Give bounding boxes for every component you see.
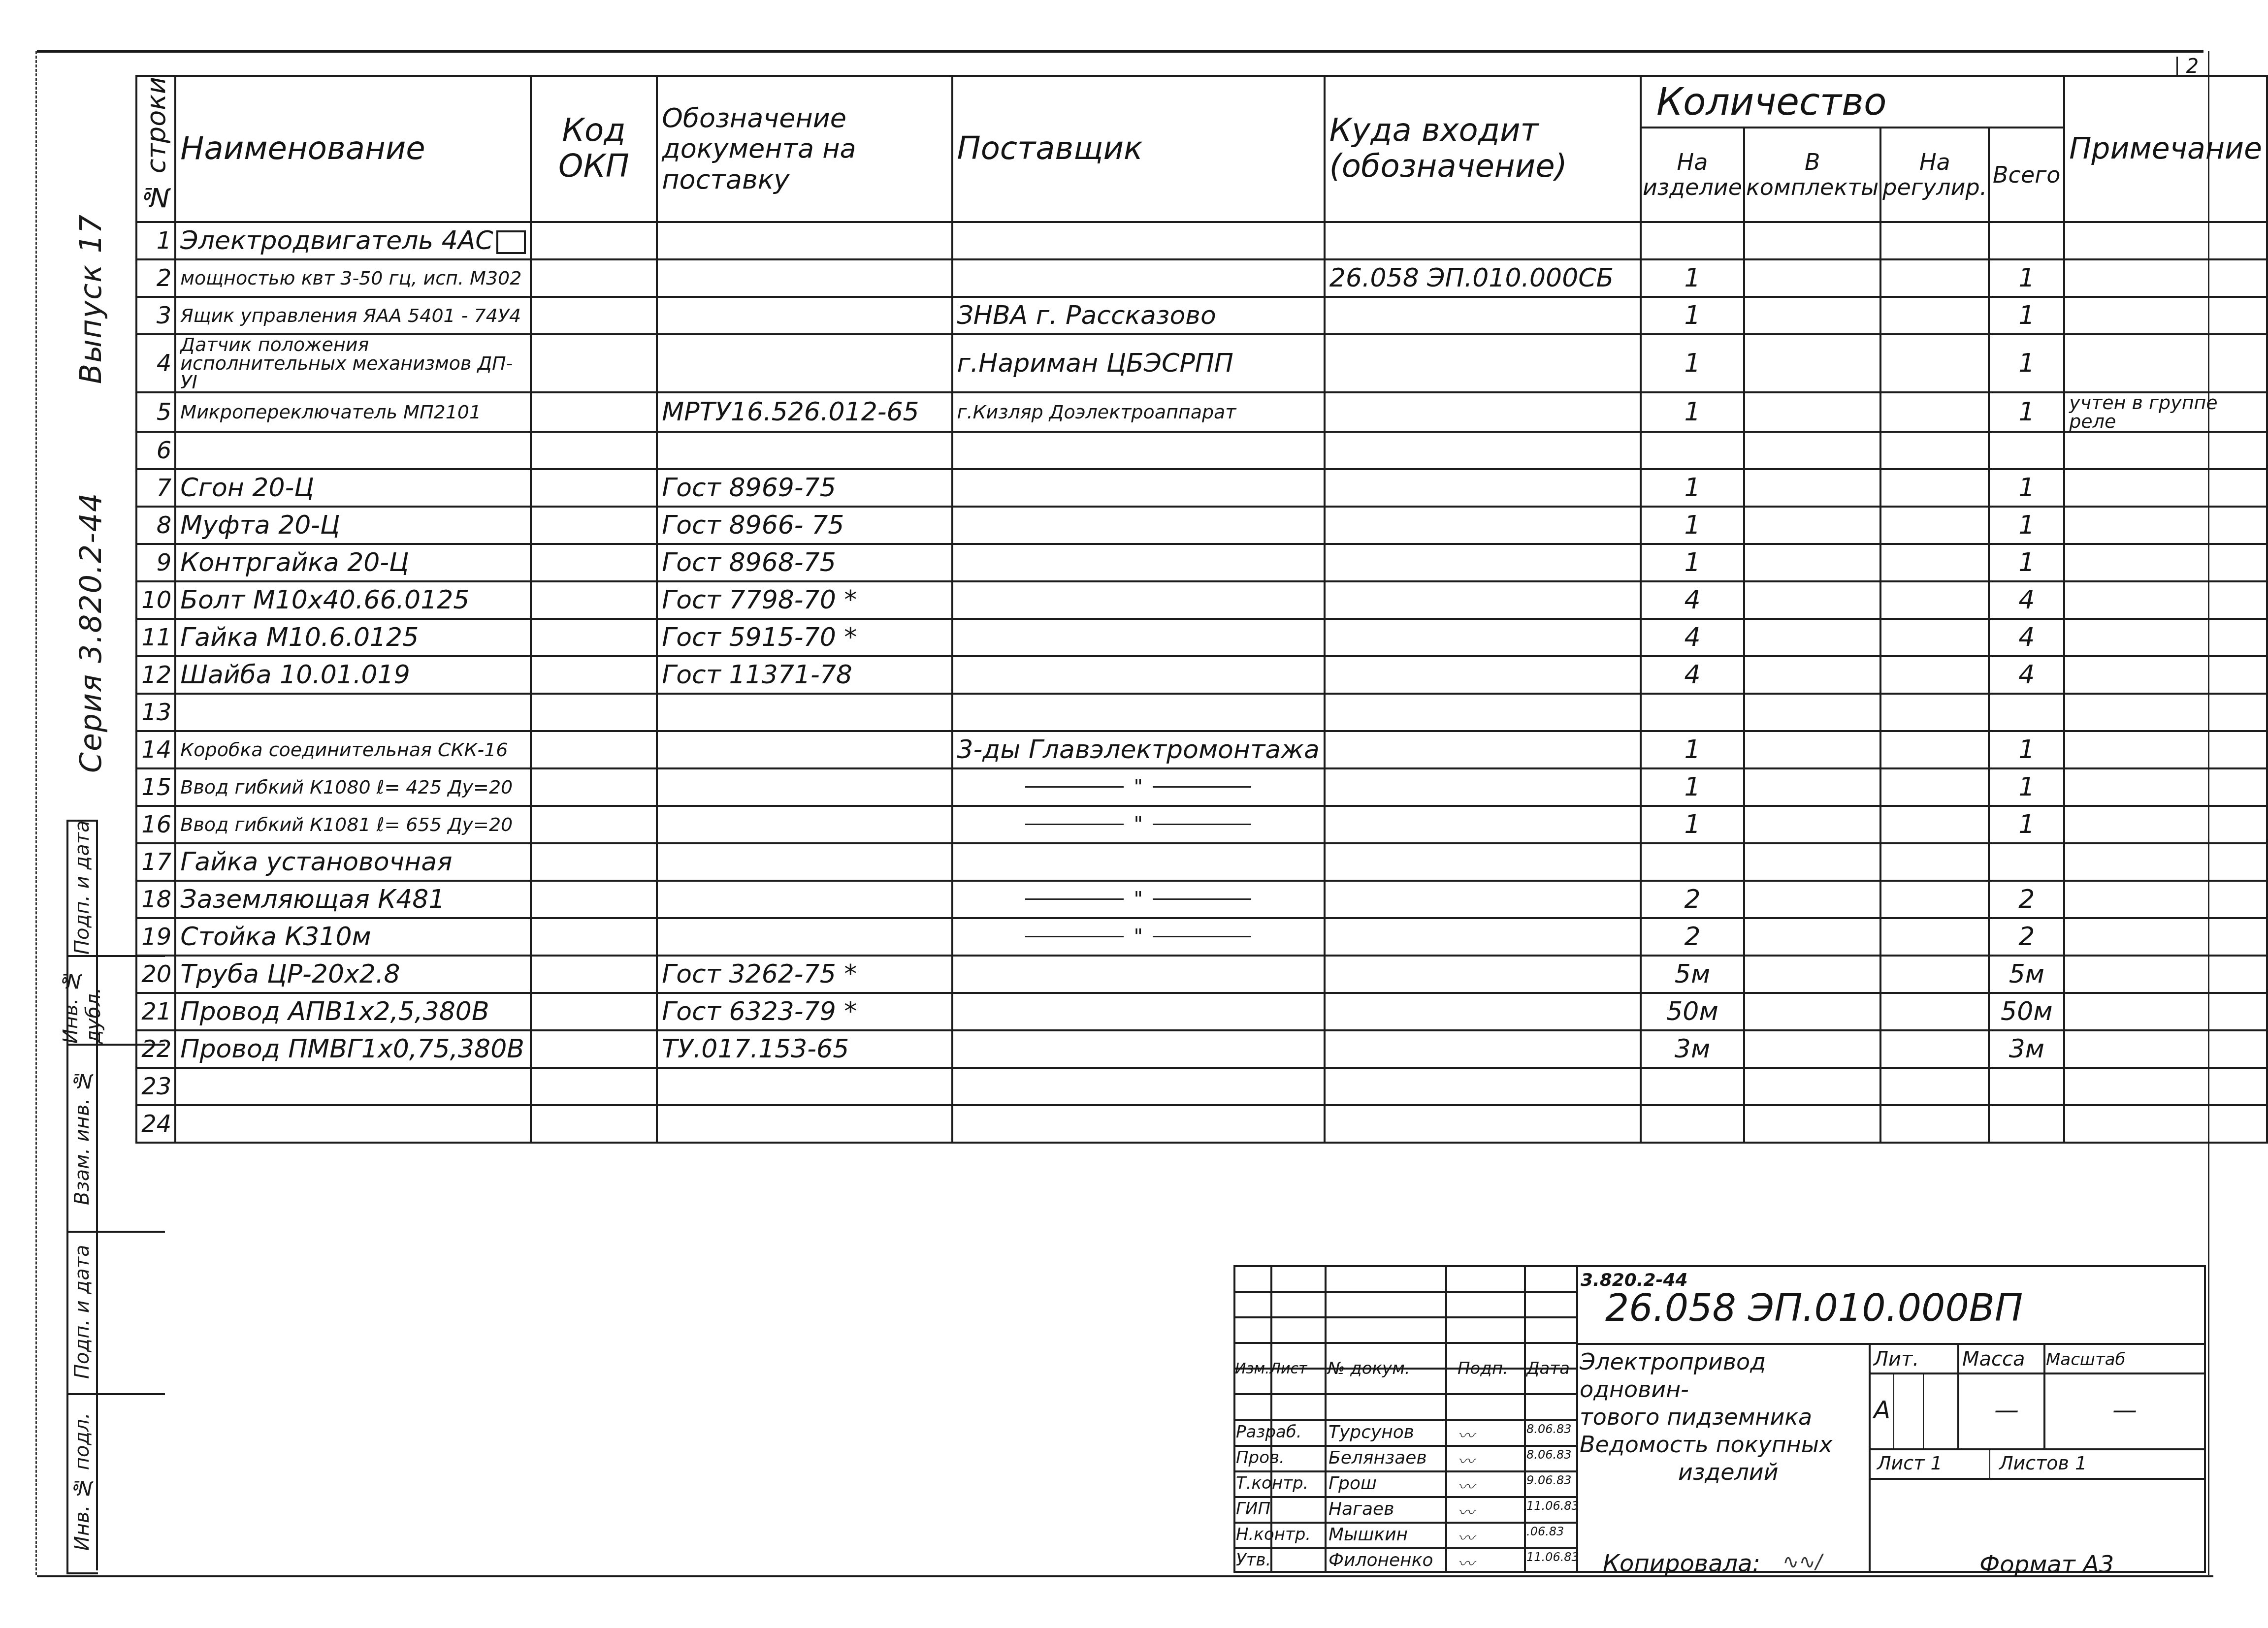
qty-per-item: 1 [1641, 334, 1744, 392]
qty-per-item: 1 [1641, 392, 1744, 432]
qty-total: 1 [1989, 334, 2064, 392]
supplier [952, 1105, 1325, 1143]
qty-adjust [1880, 544, 1989, 581]
supply-document [657, 918, 952, 956]
qty-total [1989, 843, 2064, 881]
where-used [1325, 843, 1641, 881]
item-name: Контргайка 20-Ц [175, 544, 530, 581]
supplier [952, 222, 1325, 259]
qty-adjust [1880, 1105, 1989, 1143]
qty-sets [1744, 259, 1880, 297]
qty-adjust [1880, 581, 1989, 619]
sign-role: Н.контр. [1236, 1525, 1311, 1544]
stamp-inv-no: Инв. № подл. [68, 1393, 96, 1570]
okp-code [531, 432, 657, 469]
qty-sets [1744, 1068, 1880, 1105]
qty-adjust [1880, 432, 1989, 469]
qty-total: 4 [1989, 656, 2064, 694]
row-number: 8 [136, 507, 175, 544]
table-row: 20Труба ЦР-20х2.8Гост 3262-75 *5м5м [136, 956, 2267, 993]
stamp-sign-date: Инв. № дубл. [68, 955, 96, 1044]
okp-code [531, 1068, 657, 1105]
margin-issue-label: Выпуск 17 [74, 177, 108, 384]
grid-line [1233, 1393, 1578, 1395]
supply-document: Гост 3262-75 * [657, 956, 952, 993]
qty-sets [1744, 334, 1880, 392]
where-used [1325, 581, 1641, 619]
qty-per-item [1641, 432, 1744, 469]
item-name: Микропереключатель МП2101 [175, 392, 530, 432]
item-name: Провод АПВ1х2,5,380В [175, 993, 530, 1030]
qty-adjust [1880, 843, 1989, 881]
handwritten-signature: 〰 [1458, 1422, 1474, 1446]
supplier [952, 507, 1325, 544]
supplier: " [952, 806, 1325, 843]
okp-code [531, 259, 657, 297]
header-okp-code: Код ОКП [531, 76, 657, 222]
header-qty-sets: В комплекты [1744, 128, 1880, 222]
grid-line [1869, 1448, 2206, 1450]
qty-per-item: 1 [1641, 544, 1744, 581]
qty-per-item [1641, 694, 1744, 731]
qty-adjust [1880, 469, 1989, 507]
table-row: 9Контргайка 20-ЦГост 8968-7511 [136, 544, 2267, 581]
note [2064, 694, 2267, 731]
grid-line [1957, 1343, 1959, 1448]
okp-code [531, 918, 657, 956]
qty-per-item: 1 [1641, 507, 1744, 544]
table-row: 14Коробка соединительная СКК-163-ды Глав… [136, 731, 2267, 768]
qty-sets [1744, 1030, 1880, 1068]
qty-total: 2 [1989, 881, 2064, 918]
item-name: Ввод гибкий К1080 ℓ= 425 Ду=20 [175, 768, 530, 806]
note [2064, 768, 2267, 806]
qty-total [1989, 694, 2064, 731]
supply-document: Гост 11371-78 [657, 656, 952, 694]
table-row: 2мощностью квт 3-50 гц, исп. М30226.058 … [136, 259, 2267, 297]
item-name: Заземляющая К481 [175, 881, 530, 918]
item-name: Коробка соединительная СКК-16 [175, 731, 530, 768]
where-used [1325, 993, 1641, 1030]
sign-name: Мышкин [1328, 1525, 1408, 1545]
qty-per-item: 1 [1641, 259, 1744, 297]
qty-per-item: 1 [1641, 297, 1744, 334]
row-number: 13 [136, 694, 175, 731]
sign-role: Разраб. [1236, 1422, 1302, 1442]
qty-per-item [1641, 1068, 1744, 1105]
blank-box-icon [496, 230, 526, 254]
handwritten-signature: 〰 [1458, 1473, 1474, 1498]
ditto-mark: " [957, 776, 1320, 798]
where-used [1325, 1030, 1641, 1068]
supplier: " [952, 918, 1325, 956]
where-used [1325, 469, 1641, 507]
supply-document [657, 843, 952, 881]
grid-line [1233, 1547, 1578, 1549]
header-document: Обозначение документа на поставку [657, 76, 952, 222]
format-label: Формат А3 [1979, 1551, 2114, 1578]
supply-document [657, 1105, 952, 1143]
where-used [1325, 956, 1641, 993]
qty-total: 5м [1989, 956, 2064, 993]
document-designation: 26.058 ЭП.010.000ВП [1605, 1286, 2023, 1330]
supplier [952, 544, 1325, 581]
supplier [952, 469, 1325, 507]
item-name: Ввод гибкий К1081 ℓ= 655 Ду=20 [175, 806, 530, 843]
note [2064, 619, 2267, 656]
qty-per-item: 2 [1641, 881, 1744, 918]
row-number: 23 [136, 1068, 175, 1105]
supply-document: Гост 6323-79 * [657, 993, 952, 1030]
copier-signature: ∿∿/ [1782, 1551, 1822, 1573]
grid-line [1233, 1522, 1578, 1524]
header-where-used: Куда входит (обозначение) [1325, 76, 1641, 222]
ditto-mark: " [957, 888, 1320, 911]
qty-total: 1 [1989, 507, 2064, 544]
where-used [1325, 731, 1641, 768]
item-name: Гайка М10.6.0125 [175, 619, 530, 656]
okp-code [531, 881, 657, 918]
scale-label: Масштаб [2046, 1350, 2126, 1370]
sign-date: 11.06.83 [1526, 1550, 1579, 1564]
supplier [952, 581, 1325, 619]
qty-adjust [1880, 993, 1989, 1030]
row-number: 14 [136, 731, 175, 768]
row-number: 6 [136, 432, 175, 469]
header-quantity-group: Количество [1641, 76, 2064, 128]
qty-adjust [1880, 259, 1989, 297]
item-name: Ящик управления ЯАА 5401 - 74У4 [175, 297, 530, 334]
supply-document [657, 731, 952, 768]
mass-value: — [1994, 1396, 2019, 1424]
okp-code [531, 469, 657, 507]
handwritten-signature: 〰 [1458, 1499, 1474, 1523]
okp-code [531, 581, 657, 619]
qty-adjust [1880, 918, 1989, 956]
row-number: 2 [136, 259, 175, 297]
supplier: г.Нариман ЦБЭСРПП [952, 334, 1325, 392]
qty-sets [1744, 619, 1880, 656]
note [2064, 881, 2267, 918]
qty-total: 1 [1989, 544, 2064, 581]
qty-total: 1 [1989, 259, 2064, 297]
row-number: 9 [136, 544, 175, 581]
okp-code [531, 694, 657, 731]
col-change: Изм.Лист [1235, 1360, 1307, 1377]
row-number: 12 [136, 656, 175, 694]
grid-line [1869, 1343, 1871, 1573]
okp-code [531, 656, 657, 694]
where-used [1325, 881, 1641, 918]
header-supplier: Поставщик [952, 76, 1325, 222]
supply-document [657, 222, 952, 259]
qty-sets [1744, 1105, 1880, 1143]
header-qty-per-item: На изделие [1641, 128, 1744, 222]
qty-total [1989, 432, 2064, 469]
qty-sets [1744, 581, 1880, 619]
supplier [952, 694, 1325, 731]
qty-per-item: 50м [1641, 993, 1744, 1030]
lit-value: А [1874, 1396, 1890, 1424]
header-qty-adjust: На регулир. [1880, 128, 1989, 222]
qty-per-item: 3м [1641, 1030, 1744, 1068]
sign-name: Белянзаев [1328, 1448, 1427, 1468]
qty-sets [1744, 843, 1880, 881]
qty-sets [1744, 806, 1880, 843]
col-doc-no: № докум. [1328, 1359, 1410, 1378]
grid-line [1576, 1343, 2206, 1345]
sign-name: Нагаев [1328, 1499, 1394, 1519]
col-signature: Подп. [1458, 1359, 1508, 1378]
document-title: Электропривод одновин- тового пидземника… [1580, 1348, 1865, 1486]
row-number: 1 [136, 222, 175, 259]
note [2064, 1105, 2267, 1143]
item-name: Шайба 10.01.019 [175, 656, 530, 694]
where-used [1325, 806, 1641, 843]
row-number: 5 [136, 392, 175, 432]
supply-document [657, 806, 952, 843]
table-row: 4Датчик положения исполнительных механиз… [136, 334, 2267, 392]
margin-stamp-divider [96, 820, 98, 1570]
okp-code [531, 956, 657, 993]
table-row: 21Провод АПВ1х2,5,380ВГост 6323-79 *50м5… [136, 993, 2267, 1030]
scale-value: — [2112, 1396, 2137, 1424]
okp-code [531, 619, 657, 656]
header-row-no: № строки [136, 76, 175, 222]
qty-per-item: 4 [1641, 581, 1744, 619]
row-number: 16 [136, 806, 175, 843]
supply-document: МРТУ16.526.012-65 [657, 392, 952, 432]
row-number: 15 [136, 768, 175, 806]
item-name: Муфта 20-Ц [175, 507, 530, 544]
note [2064, 297, 2267, 334]
qty-adjust [1880, 881, 1989, 918]
where-used [1325, 334, 1641, 392]
note [2064, 993, 2267, 1030]
okp-code [531, 297, 657, 334]
row-number: 11 [136, 619, 175, 656]
table-row: 3Ящик управления ЯАА 5401 - 74У4ЗНВА г. … [136, 297, 2267, 334]
supply-document: Гост 8969-75 [657, 469, 952, 507]
mass-label: Масса [1962, 1348, 2025, 1371]
qty-adjust [1880, 694, 1989, 731]
grid-line [1989, 1448, 1990, 1478]
supply-document [657, 768, 952, 806]
sign-date: .06.83 [1526, 1525, 1564, 1538]
supplier [952, 956, 1325, 993]
note [2064, 507, 2267, 544]
handwritten-signature: 〰 [1458, 1525, 1474, 1549]
note [2064, 731, 2267, 768]
grid-line [1869, 1478, 2206, 1480]
where-used [1325, 619, 1641, 656]
qty-total: 50м [1989, 993, 2064, 1030]
item-name [175, 1105, 530, 1143]
supplier [952, 432, 1325, 469]
qty-sets [1744, 731, 1880, 768]
supply-document: Гост 8966- 75 [657, 507, 952, 544]
grid-line [1923, 1373, 1924, 1448]
supplier [952, 619, 1325, 656]
sign-role: Т.контр. [1236, 1473, 1308, 1493]
okp-code [531, 993, 657, 1030]
qty-adjust [1880, 619, 1989, 656]
qty-per-item: 4 [1641, 619, 1744, 656]
sheet-label: Лист 1 [1877, 1452, 1943, 1474]
qty-adjust [1880, 656, 1989, 694]
col-date: Дата [1526, 1359, 1570, 1378]
okp-code [531, 334, 657, 392]
supply-document [657, 694, 952, 731]
header-name: Наименование [175, 76, 530, 222]
item-name: Провод ПМВГ1х0,75,380В [175, 1030, 530, 1068]
supply-document [657, 881, 952, 918]
note [2064, 806, 2267, 843]
qty-sets [1744, 222, 1880, 259]
table-row: 6 [136, 432, 2267, 469]
sign-role: ГИП [1236, 1499, 1270, 1519]
supply-document [657, 432, 952, 469]
row-number: 22 [136, 1030, 175, 1068]
supply-document: ТУ.017.153-65 [657, 1030, 952, 1068]
okp-code [531, 843, 657, 881]
row-number: 24 [136, 1105, 175, 1143]
note [2064, 656, 2267, 694]
qty-per-item: 1 [1641, 731, 1744, 768]
note [2064, 1068, 2267, 1105]
supply-document [657, 1068, 952, 1105]
supply-document: Гост 7798-70 * [657, 581, 952, 619]
table-row: 1Электродвигатель 4АС [136, 222, 2267, 259]
okp-code [531, 806, 657, 843]
supplier [952, 993, 1325, 1030]
note [2064, 334, 2267, 392]
purchased-items-table: № строки Наименование Код ОКП Обозначени… [135, 75, 2268, 1144]
ditto-mark: " [957, 926, 1320, 948]
qty-adjust [1880, 392, 1989, 432]
qty-total: 3м [1989, 1030, 2064, 1068]
qty-adjust [1880, 956, 1989, 993]
qty-adjust [1880, 222, 1989, 259]
item-name [175, 432, 530, 469]
qty-per-item: 5м [1641, 956, 1744, 993]
supply-document [657, 334, 952, 392]
item-name: Болт М10х40.66.0125 [175, 581, 530, 619]
row-number: 19 [136, 918, 175, 956]
qty-adjust [1880, 297, 1989, 334]
qty-total: 2 [1989, 918, 2064, 956]
sign-name: Грош [1328, 1473, 1377, 1494]
ditto-mark: " [957, 813, 1320, 836]
qty-adjust [1880, 731, 1989, 768]
lit-label: Лит. [1874, 1348, 1919, 1371]
qty-sets [1744, 392, 1880, 432]
qty-adjust [1880, 1030, 1989, 1068]
qty-per-item [1641, 843, 1744, 881]
note: учтен в группе реле [2064, 392, 2267, 432]
supplier [952, 656, 1325, 694]
grid-line [1869, 1373, 2206, 1374]
qty-per-item: 2 [1641, 918, 1744, 956]
grid-line [2043, 1343, 2045, 1448]
frame-left-border [35, 51, 37, 1575]
table-row: 19Стойка К310м"22 [136, 918, 2267, 956]
note [2064, 222, 2267, 259]
table-row: 5Микропереключатель МП2101МРТУ16.526.012… [136, 392, 2267, 432]
handwritten-signature: 〰 [1458, 1448, 1474, 1472]
note [2064, 843, 2267, 881]
stamp-sign-date-2: Подп. и дата [68, 1231, 96, 1393]
item-name: Датчик положения исполнительных механизм… [175, 334, 530, 392]
sign-date: 8.06.83 [1526, 1422, 1572, 1436]
qty-per-item [1641, 1105, 1744, 1143]
sheets-label: Листов 1 [1999, 1452, 2087, 1474]
supply-document: Гост 5915-70 * [657, 619, 952, 656]
sign-date: 8.06.83 [1526, 1448, 1572, 1462]
qty-total [1989, 222, 2064, 259]
supplier: ЗНВА г. Рассказово [952, 297, 1325, 334]
grid-line [1233, 1419, 1578, 1421]
supply-document [657, 259, 952, 297]
okp-code [531, 1105, 657, 1143]
row-number: 20 [136, 956, 175, 993]
table-row: 12Шайба 10.01.019Гост 11371-7844 [136, 656, 2267, 694]
note [2064, 956, 2267, 993]
qty-sets [1744, 993, 1880, 1030]
qty-total: 1 [1989, 392, 2064, 432]
row-number: 18 [136, 881, 175, 918]
qty-per-item: 1 [1641, 768, 1744, 806]
row-number: 17 [136, 843, 175, 881]
where-used [1325, 694, 1641, 731]
table-row: 13 [136, 694, 2267, 731]
sign-name: Филоненко [1328, 1550, 1433, 1570]
sheet-corner-number: 2 [2176, 57, 2207, 76]
qty-total [1989, 1068, 2064, 1105]
qty-sets [1744, 881, 1880, 918]
okp-code [531, 544, 657, 581]
supply-document [657, 297, 952, 334]
qty-per-item [1641, 222, 1744, 259]
qty-per-item: 1 [1641, 469, 1744, 507]
note [2064, 432, 2267, 469]
sign-name: Турсунов [1328, 1422, 1414, 1442]
okp-code [531, 507, 657, 544]
item-name: Труба ЦР-20х2.8 [175, 956, 530, 993]
qty-sets [1744, 297, 1880, 334]
qty-sets [1744, 918, 1880, 956]
item-name [175, 694, 530, 731]
table-row: 18Заземляющая К481"22 [136, 881, 2267, 918]
row-number: 21 [136, 993, 175, 1030]
row-number: 7 [136, 469, 175, 507]
table-row: 11Гайка М10.6.0125Гост 5915-70 *44 [136, 619, 2267, 656]
supplier: " [952, 881, 1325, 918]
qty-sets [1744, 694, 1880, 731]
okp-code [531, 1030, 657, 1068]
qty-sets [1744, 956, 1880, 993]
supplier [952, 1068, 1325, 1105]
where-used [1325, 656, 1641, 694]
table-row: 15Ввод гибкий К1080 ℓ= 425 Ду=20"11 [136, 768, 2267, 806]
sign-date: 9.06.83 [1526, 1473, 1572, 1487]
table-row: 8Муфта 20-ЦГост 8966- 7511 [136, 507, 2267, 544]
row-number: 10 [136, 581, 175, 619]
margin-series-label: Серия 3.820.2-44 [74, 458, 108, 773]
note [2064, 918, 2267, 956]
note [2064, 469, 2267, 507]
supplier: г.Кизляр Доэлектроаппарат [952, 392, 1325, 432]
